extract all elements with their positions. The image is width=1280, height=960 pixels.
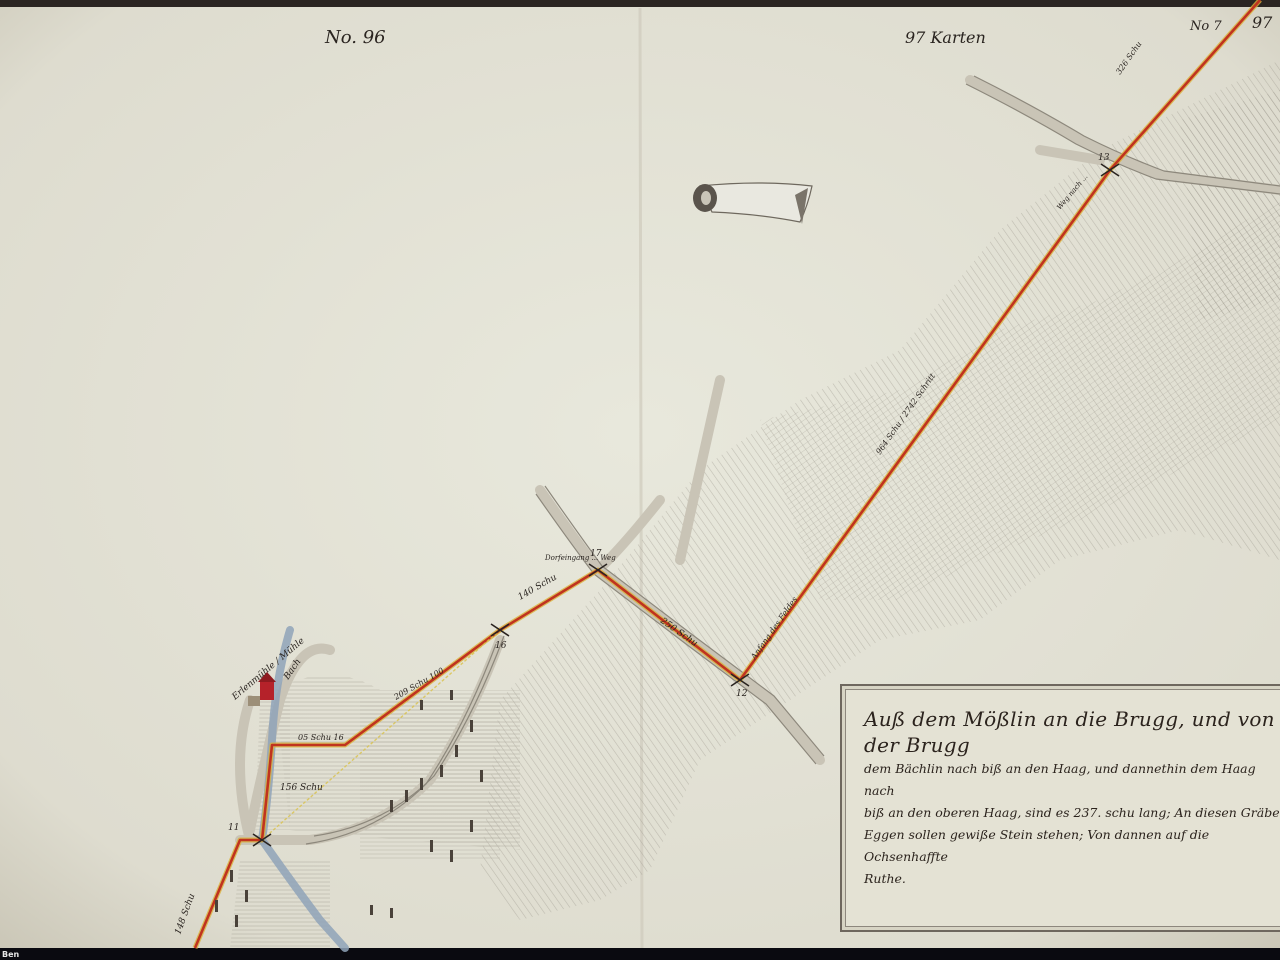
corner-label: Ben	[0, 949, 21, 960]
svg-text:156 Schu: 156 Schu	[280, 783, 323, 793]
svg-text:16: 16	[495, 641, 507, 651]
cartouche-line: dem Bächlin nach biß an den Haag, und da…	[864, 758, 1280, 802]
sheet-number-corner: No 7	[1189, 19, 1222, 34]
sheet-number-center: 97 Karten	[905, 28, 986, 47]
cartouche-title: Auß dem Mößlin an die Brugg, und von der…	[864, 706, 1280, 758]
svg-text:11: 11	[228, 823, 239, 833]
cartouche-line: biß an den oberen Haag, sind es 237. sch…	[864, 802, 1280, 824]
svg-text:05 Schu 16: 05 Schu 16	[298, 733, 344, 742]
svg-text:17: 17	[590, 549, 602, 559]
sheet-number-left: No. 96	[324, 27, 386, 48]
svg-text:13: 13	[1098, 153, 1110, 163]
sheet-number-far-right: 97	[1252, 13, 1273, 32]
cartouche-frame: Auß dem Mößlin an die Brugg, und von der…	[840, 684, 1280, 932]
scan-background: No. 96 97 Karten No 7 97 148 Schu 156 Sc…	[0, 0, 1280, 960]
cartouche-line: Eggen sollen gewiße Stein stehen; Von da…	[864, 824, 1280, 868]
svg-text:Dorfeingang ... Weg: Dorfeingang ... Weg	[544, 554, 616, 562]
text-cartouche: Auß dem Mößlin an die Brugg, und von der…	[828, 674, 1280, 946]
cartouche-line: Ruthe.	[864, 868, 1280, 890]
svg-text:12: 12	[736, 689, 748, 699]
